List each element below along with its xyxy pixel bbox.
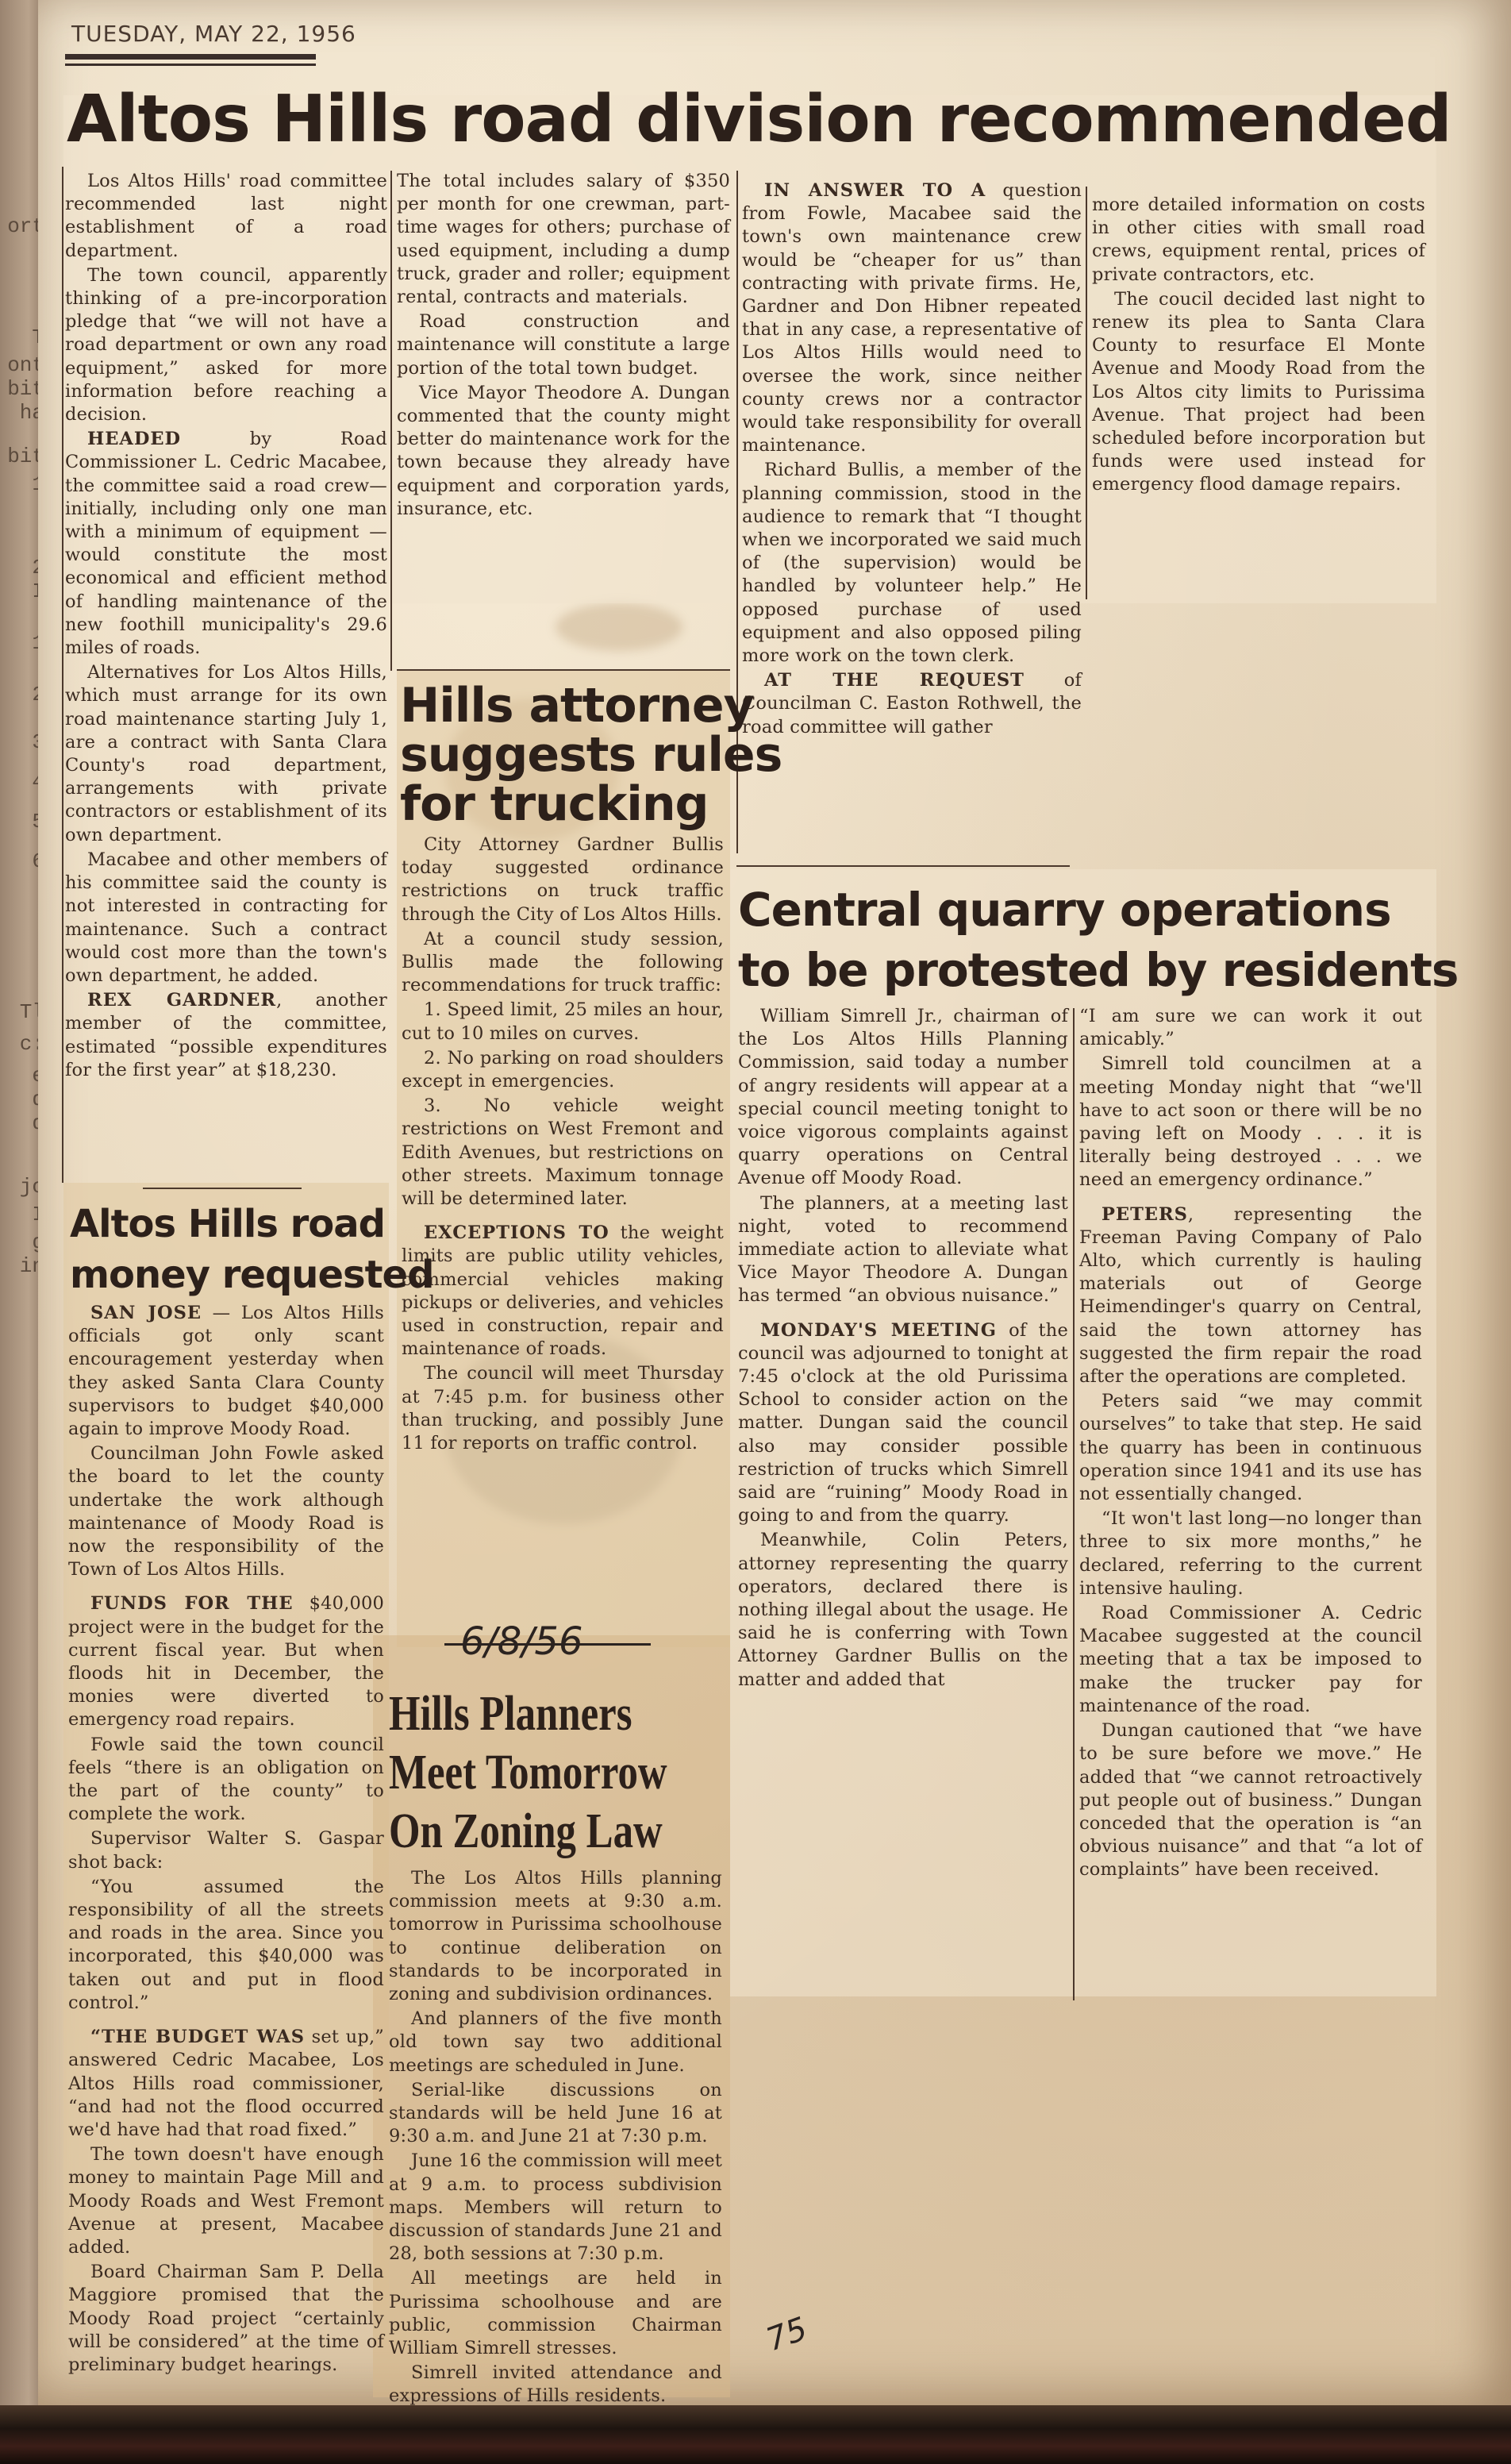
paragraph: Supervisor Walter S. Gaspar shot back: xyxy=(68,1827,384,1873)
headline-road-money: Altos Hills roadmoney requested xyxy=(70,1199,433,1300)
article-column: The Los Altos Hills planning commission … xyxy=(389,1867,722,2410)
headline-line: On Zoning Law xyxy=(389,1802,667,1861)
article-column: Los Altos Hills' road committee recommen… xyxy=(65,170,387,1084)
stain xyxy=(556,603,682,651)
paragraph: Alternatives for Los Altos Hills, which … xyxy=(65,661,387,847)
paragraph: more detailed information on costs in ot… xyxy=(1092,194,1425,287)
paragraph: Fowle said the town council feels “there… xyxy=(68,1734,384,1827)
paragraph: AT THE REQUEST of Councilman C. Easton R… xyxy=(742,669,1082,739)
paragraph: Los Altos Hills' road committee recommen… xyxy=(65,170,387,263)
paragraph: Serial-like discussions on standards wil… xyxy=(389,2079,722,2149)
headline-road-division: Altos Hills road division recommended xyxy=(67,87,1451,152)
clipping-border xyxy=(143,1188,302,1189)
article-column: City Attorney Gardner Bullis today sugge… xyxy=(402,834,724,1457)
paragraph: June 16 the commission will meet at 9 a.… xyxy=(389,2150,722,2266)
headline-line: to be protested by residents xyxy=(738,940,1458,1000)
article-column: William Simrell Jr., chairman of the Los… xyxy=(738,1005,1068,1693)
column-rule xyxy=(62,167,63,1183)
headline-planners: Hills PlannersMeet TomorrowOn Zoning Law xyxy=(389,1684,667,1861)
paragraph: PETERS, representing the Freeman Paving … xyxy=(1079,1203,1422,1389)
paragraph-lead: HEADED xyxy=(87,429,181,449)
headline-line: Hills Planners xyxy=(389,1684,667,1743)
paragraph: FUNDS FOR THE $40,000 project were in th… xyxy=(68,1592,384,1731)
paragraph: The total includes salary of $350 per mo… xyxy=(397,170,730,309)
paragraph: Peters said “we may commit ourselves” to… xyxy=(1079,1390,1422,1506)
handwritten-date: 6/8/56 xyxy=(460,1619,583,1664)
paragraph-lead: PETERS xyxy=(1102,1204,1188,1225)
paragraph: The council will meet Thursday at 7:45 p… xyxy=(402,1362,724,1455)
paragraph: Councilman John Fowle asked the board to… xyxy=(68,1442,384,1581)
paragraph: Simrell invited attendance and expressio… xyxy=(389,2362,722,2408)
article-column: The total includes salary of $350 per mo… xyxy=(397,170,730,522)
paragraph: Simrell told councilmen at a meeting Mon… xyxy=(1079,1053,1422,1192)
date-rule xyxy=(65,64,316,66)
headline-line: money requested xyxy=(70,1249,433,1300)
article-column: “I am sure we can work it out amicably.”… xyxy=(1079,1005,1422,1884)
paragraph-lead: MONDAY'S MEETING xyxy=(760,1320,997,1341)
headline-trucking: Hills attorneysuggests rulesfor trucking xyxy=(400,681,782,829)
paragraph: Road construction and maintenance will c… xyxy=(397,310,730,380)
paragraph: Road Commissioner A. Cedric Macabee sugg… xyxy=(1079,1602,1422,1718)
paragraph: HEADED by Road Commissioner L. Cedric Ma… xyxy=(65,428,387,660)
paragraph: Board Chairman Sam P. Della Maggiore pro… xyxy=(68,2261,384,2377)
paragraph: 1. Speed limit, 25 miles an hour, cut to… xyxy=(402,999,724,1045)
paragraph: William Simrell Jr., chairman of the Los… xyxy=(738,1005,1068,1191)
column-rule xyxy=(1073,1008,1075,2000)
paragraph: “THE BUDGET WAS set up,” answered Cedric… xyxy=(68,2026,384,2142)
paragraph: At a council study session, Bullis made … xyxy=(402,928,724,998)
paragraph: 2. No parking on road shoulders except i… xyxy=(402,1047,724,1093)
paragraph: Vice Mayor Theodore A. Dungan commented … xyxy=(397,382,730,521)
paragraph: EXCEPTIONS TO the weight limits are publ… xyxy=(402,1222,724,1361)
paragraph: The planners, at a meeting last night, v… xyxy=(738,1192,1068,1308)
paragraph: The Los Altos Hills planning commission … xyxy=(389,1867,722,2006)
headline-line: Altos Hills road xyxy=(70,1199,433,1249)
paragraph: IN ANSWER TO A question from Fowle, Maca… xyxy=(742,179,1082,457)
clipping-border xyxy=(397,669,730,671)
paragraph-lead: FUNDS FOR THE xyxy=(90,1593,293,1614)
paragraph: “It won't last long—no longer than three… xyxy=(1079,1507,1422,1600)
paragraph: Meanwhile, Colin Peters, attorney repres… xyxy=(738,1529,1068,1691)
headline-line: suggests rules xyxy=(400,730,782,780)
headline-line: Meet Tomorrow xyxy=(389,1743,667,1802)
paragraph: MONDAY'S MEETING of the council was adjo… xyxy=(738,1319,1068,1528)
article-column: IN ANSWER TO A question from Fowle, Maca… xyxy=(742,179,1082,741)
paragraph: “I am sure we can work it out amicably.” xyxy=(1079,1005,1422,1051)
paragraph: “You assumed the responsibility of all t… xyxy=(68,1876,384,2015)
paragraph: The coucil decided last night to renew i… xyxy=(1092,288,1425,497)
paragraph: 3. No vehicle weight restrictions on Wes… xyxy=(402,1095,724,1211)
paragraph-lead: AT THE REQUEST xyxy=(764,670,1025,691)
scrapbook-bottom-edge xyxy=(0,2405,1511,2464)
date-line: TUESDAY, MAY 22, 1956 xyxy=(71,21,356,47)
article-column: more detailed information on costs in ot… xyxy=(1092,194,1425,499)
paragraph-lead: SAN JOSE xyxy=(90,1303,202,1323)
column-rule xyxy=(390,171,392,671)
handwritten-strike xyxy=(444,1643,651,1646)
paragraph-lead: “THE BUDGET WAS xyxy=(90,2027,305,2047)
column-rule xyxy=(1086,187,1087,599)
paragraph: SAN JOSE — Los Altos Hills officials got… xyxy=(68,1302,384,1441)
headline-quarry: Central quarry operationsto be protested… xyxy=(738,880,1458,1000)
paragraph: All meetings are held in Purissima schoo… xyxy=(389,2267,722,2360)
paragraph: City Attorney Gardner Bullis today sugge… xyxy=(402,834,724,926)
date-rule xyxy=(65,54,316,60)
paragraph: The town council, apparently thinking of… xyxy=(65,264,387,426)
headline-line: Central quarry operations xyxy=(738,880,1458,940)
paragraph: The town doesn't have enough money to ma… xyxy=(68,2143,384,2259)
clipping-border xyxy=(736,865,1070,867)
paragraph-lead: IN ANSWER TO A xyxy=(764,180,986,201)
paragraph: Macabee and other members of his committ… xyxy=(65,849,387,988)
article-column: SAN JOSE — Los Altos Hills officials got… xyxy=(68,1302,384,2378)
paragraph: Dungan cautioned that “we have to be sur… xyxy=(1079,1719,1422,1881)
paragraph: Richard Bullis, a member of the planning… xyxy=(742,459,1082,668)
paragraph: And planners of the five month old town … xyxy=(389,2008,722,2077)
paragraph-lead: EXCEPTIONS TO xyxy=(424,1222,609,1243)
paragraph: REX GARDNER, another member of the commi… xyxy=(65,989,387,1082)
paragraph-lead: REX GARDNER xyxy=(87,990,276,1011)
headline-line: for trucking xyxy=(400,780,782,829)
headline-line: Hills attorney xyxy=(400,681,782,730)
